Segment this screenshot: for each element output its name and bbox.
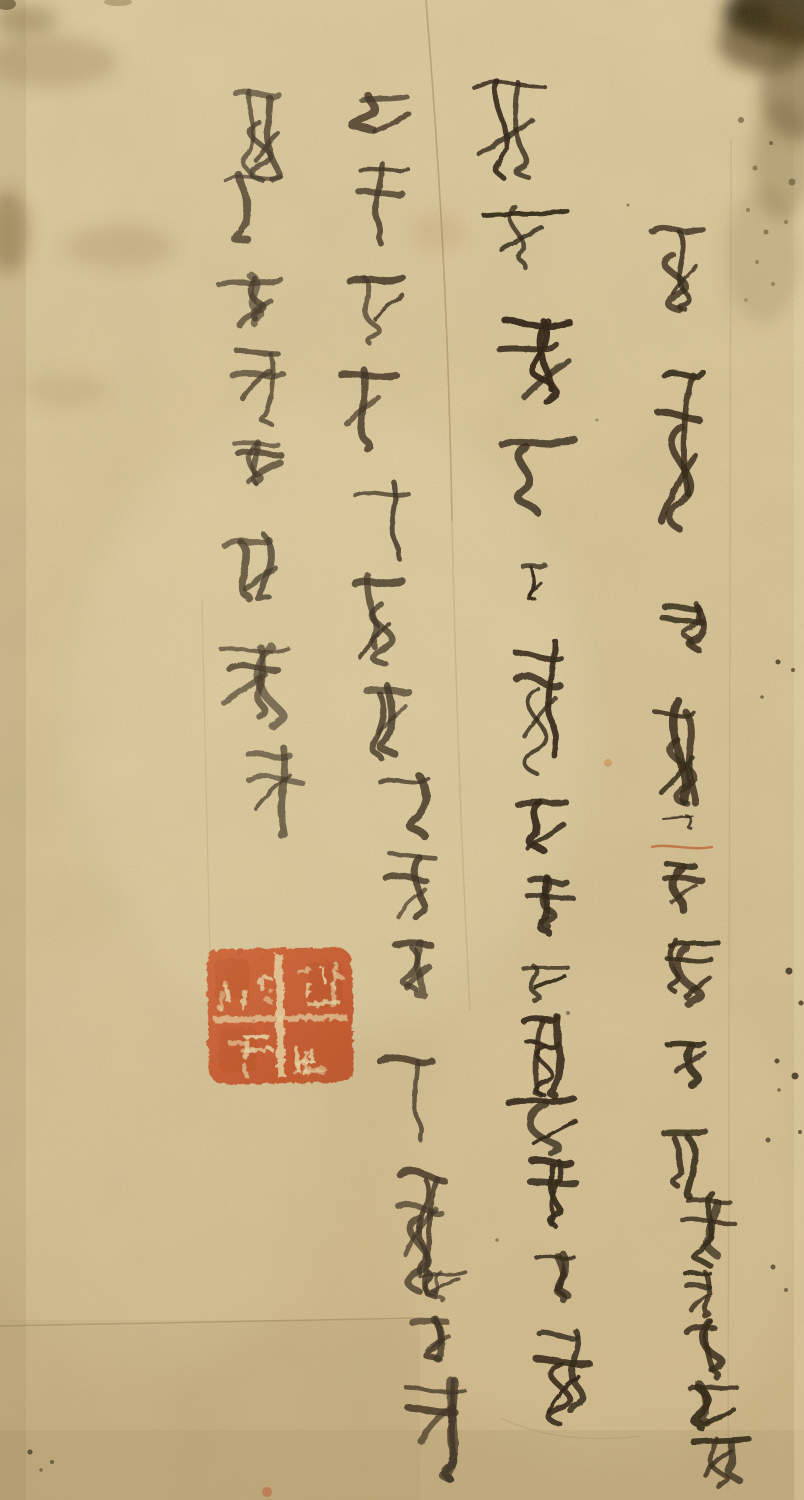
calligraphy-photo xyxy=(0,0,804,1500)
paper-grain xyxy=(0,0,804,1500)
calligraphy-svg xyxy=(0,0,804,1500)
